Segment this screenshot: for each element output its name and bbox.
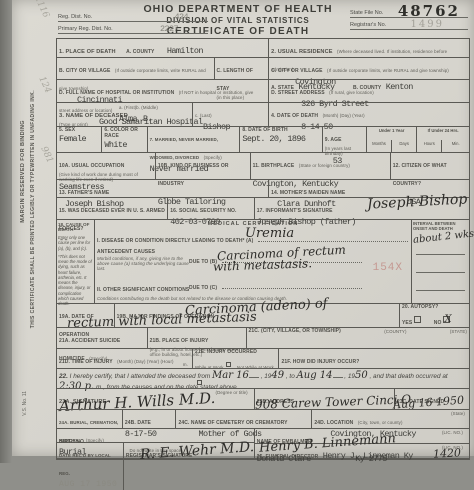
ssn-label: 16. SOCIAL SECURITY NO. xyxy=(170,208,236,214)
burial-location-state-label: (State) xyxy=(451,411,465,416)
cause-a-handwriting: Uremia xyxy=(245,226,294,241)
occupation-label: 10a. USUAL OCCUPATION xyxy=(59,163,124,169)
certificate-form: 1. PLACE OF DEATH a. COUNTY Hamilton 2. … xyxy=(56,38,470,460)
county-value: Hamilton xyxy=(167,46,203,56)
cause-of-death-sidebar: 18. CAUSE OF DEATH Enter only one cause … xyxy=(57,220,95,303)
disease-line-label: I. DISEASE OR CONDITION DIRECTLY LEADING… xyxy=(97,238,253,244)
date-of-death-sub: (Month) (Day) (Year) xyxy=(323,113,365,118)
dob-value: Sept. 20, 1896 xyxy=(242,134,319,144)
birthplace-label: 11. BIRTHPLACE xyxy=(253,163,295,169)
pencil-scribble: 124 xyxy=(36,75,52,95)
certificate-header: OHIO DEPARTMENT OF HEALTH DIVISION OF VI… xyxy=(56,2,470,38)
director-typed-value: Henry J. Linneman Ky xyxy=(323,451,413,461)
autopsy-no-mark: X xyxy=(444,314,451,325)
autopsy-yes-label: Yes xyxy=(402,320,412,326)
injury-city-label: 21c. (CITY, VILLAGE, OR TOWNSHIP) xyxy=(249,329,341,347)
certify-no: 22. xyxy=(59,373,68,380)
under-1-year-label: Under 1 Year xyxy=(366,127,416,140)
pencil-scribble: 2116 xyxy=(32,0,51,19)
how-injury-label: 21f. HOW DID INJURY OCCUR? xyxy=(281,359,359,365)
cause-side-note1: Enter only one cause per line for (a), (… xyxy=(58,235,93,251)
state-file-label: State File No. xyxy=(350,10,383,16)
cause-of-death-label: 18. CAUSE OF DEATH xyxy=(58,222,93,232)
reg-dist-label: Reg. Dist. No. xyxy=(58,14,92,20)
registrar-no-label: Registrar's No. xyxy=(350,22,386,28)
injury-time-label: 21d. TIME OF INJURY xyxy=(59,359,113,365)
primary-reg-label: Primary Reg. Dist. No. xyxy=(58,26,113,32)
binding-margin: MARGIN RESERVED FOR BINDING THIS CERTIFI… xyxy=(14,0,56,456)
injury-time-sub: (Month) (Day) (Year) (Hour) xyxy=(117,359,173,364)
certify-to-word: , to xyxy=(286,373,295,380)
burial-location-label: 24d. LOCATION xyxy=(314,420,353,426)
certify-text2: , and that death occurred at xyxy=(369,373,447,380)
form-number: V.S. No. 11 xyxy=(22,391,28,416)
street-label: d. STREET ADDRESS xyxy=(271,90,324,96)
father-label: 13. FATHER'S NAME xyxy=(59,190,109,196)
middle-value: B. xyxy=(143,114,152,124)
margin-note-ink: THIS CERTIFICATE SHALL BE PRINTED LEGIBL… xyxy=(30,90,36,328)
burial-date-label: 24b. DATE xyxy=(125,420,151,426)
certify-to-value: Aug 14 xyxy=(297,370,333,381)
injury-place-label: 21b. PLACE OF INJURY xyxy=(150,338,209,344)
pencil-scribble: 981 xyxy=(38,145,54,165)
primary-reg-value: 2227 xyxy=(160,24,178,34)
reg-dist-value: 424 xyxy=(174,12,188,22)
county-label: a. COUNTY xyxy=(126,49,154,55)
city-label: b. CITY OR VILLAGE xyxy=(59,68,110,74)
registrar-no-value: 1499 xyxy=(411,19,444,30)
hours-label: Hours xyxy=(416,140,441,153)
informant-label: 17. INFORMANT'S SIGNATURE xyxy=(257,208,333,214)
street-note: (If rural, give location) xyxy=(329,90,374,95)
middle-label: b. (Middle) xyxy=(136,105,158,110)
state-file-number: 48762 xyxy=(398,2,460,20)
injury-time-m: m. xyxy=(183,362,188,367)
director-lic-handwriting: 1420 xyxy=(433,446,462,460)
while-at-work-checkbox xyxy=(226,362,231,367)
res-city-label: c. CITY OR VILLAGE xyxy=(271,68,322,74)
registrar-signature: R. E. Wehr M.D. xyxy=(139,439,254,463)
res-city-note: (If outside corporate limits, write RURA… xyxy=(327,68,449,73)
months-label: Months xyxy=(366,140,391,153)
certify-to-year: 50 xyxy=(355,370,368,381)
burial-location-note: (City, town, or county) xyxy=(358,420,403,425)
embalmer-lic-label: (LIC. NO.) xyxy=(442,430,463,435)
date-received-label: DATE REC'D BY LOCAL REG. xyxy=(59,453,111,463)
autopsy-label: 20. AUTOPSY? xyxy=(402,305,467,311)
autopsy-yes-checkbox xyxy=(414,316,421,323)
first-value: Alma xyxy=(119,114,137,124)
death-certificate-scan: MARGIN RESERVED FOR BINDING THIS CERTIFI… xyxy=(12,0,474,456)
name-title: 3. NAME OF DECEASED xyxy=(59,113,128,119)
min-label: Min. xyxy=(441,140,469,153)
cause-b-handwriting-line2: with metastasis. xyxy=(213,257,312,274)
certify-from-value: Mar 16 xyxy=(212,370,249,381)
first-label: a. (First) xyxy=(119,105,136,110)
certify-from-year: 49 xyxy=(271,370,284,381)
code-stamp: 154X xyxy=(373,262,403,274)
degree-title-label: (Degree or title) xyxy=(216,390,248,395)
injury-county-label: (COUNTY) xyxy=(384,329,406,347)
usual-residence-title: 2. USUAL RESIDENCE xyxy=(271,49,332,55)
injury-state-label: (STATE) xyxy=(450,329,467,347)
certify-pre19b: , 19 xyxy=(344,373,355,380)
days-label: Days xyxy=(391,140,416,153)
autopsy-no-label: No xyxy=(434,320,442,326)
injury-occurred-label: 21e. INJURY OCCURRED xyxy=(195,350,277,356)
age-subgrid: Under 1 Year If Under 24 Hrs. Months Day… xyxy=(366,127,469,152)
interval-column: INTERVAL BETWEEN ONSET AND DEATH about 2… xyxy=(411,220,469,303)
scanner-edge xyxy=(0,0,12,463)
interval-handwriting: about 2 wks xyxy=(413,229,469,246)
cause-side-note2: *This does not mean the mode of dying, s… xyxy=(58,254,93,307)
antecedent-note: Morbid conditions, if any, giving rise t… xyxy=(97,256,189,271)
other-conditions-label: II. OTHER SIGNIFICANT CONDITIONS xyxy=(97,287,189,293)
mother-label: 14. MOTHER'S MAIDEN NAME xyxy=(271,190,345,196)
birthplace-note: (State or foreign country) xyxy=(299,163,350,168)
cemetery-label: 24c. NAME OF CEMETERY OR CREMATORY xyxy=(178,420,287,426)
age-label: 9. AGE xyxy=(325,137,342,143)
certify-pre19a: , 19 xyxy=(261,373,272,380)
margin-note-binding: MARGIN RESERVED FOR BINDING xyxy=(20,120,26,223)
autopsy-no-checkbox: X xyxy=(443,316,450,323)
last-label: c. (Last) xyxy=(195,113,212,118)
race-label: 6. COLOR OR RACE xyxy=(104,128,144,140)
under-24hrs-label: If Under 24 Hrs. xyxy=(416,127,469,140)
date-of-death-label: 4. DATE OF DEATH xyxy=(271,113,318,119)
sex-value: Female xyxy=(59,134,99,144)
place-of-death-title: 1. PLACE OF DEATH xyxy=(59,49,116,55)
hospital-label: d. FULL NAME OF HOSPITAL OR INSTITUTION xyxy=(59,90,174,96)
certify-text1: I hereby certify, that I attended the de… xyxy=(70,373,211,380)
race-value: White xyxy=(104,140,144,150)
